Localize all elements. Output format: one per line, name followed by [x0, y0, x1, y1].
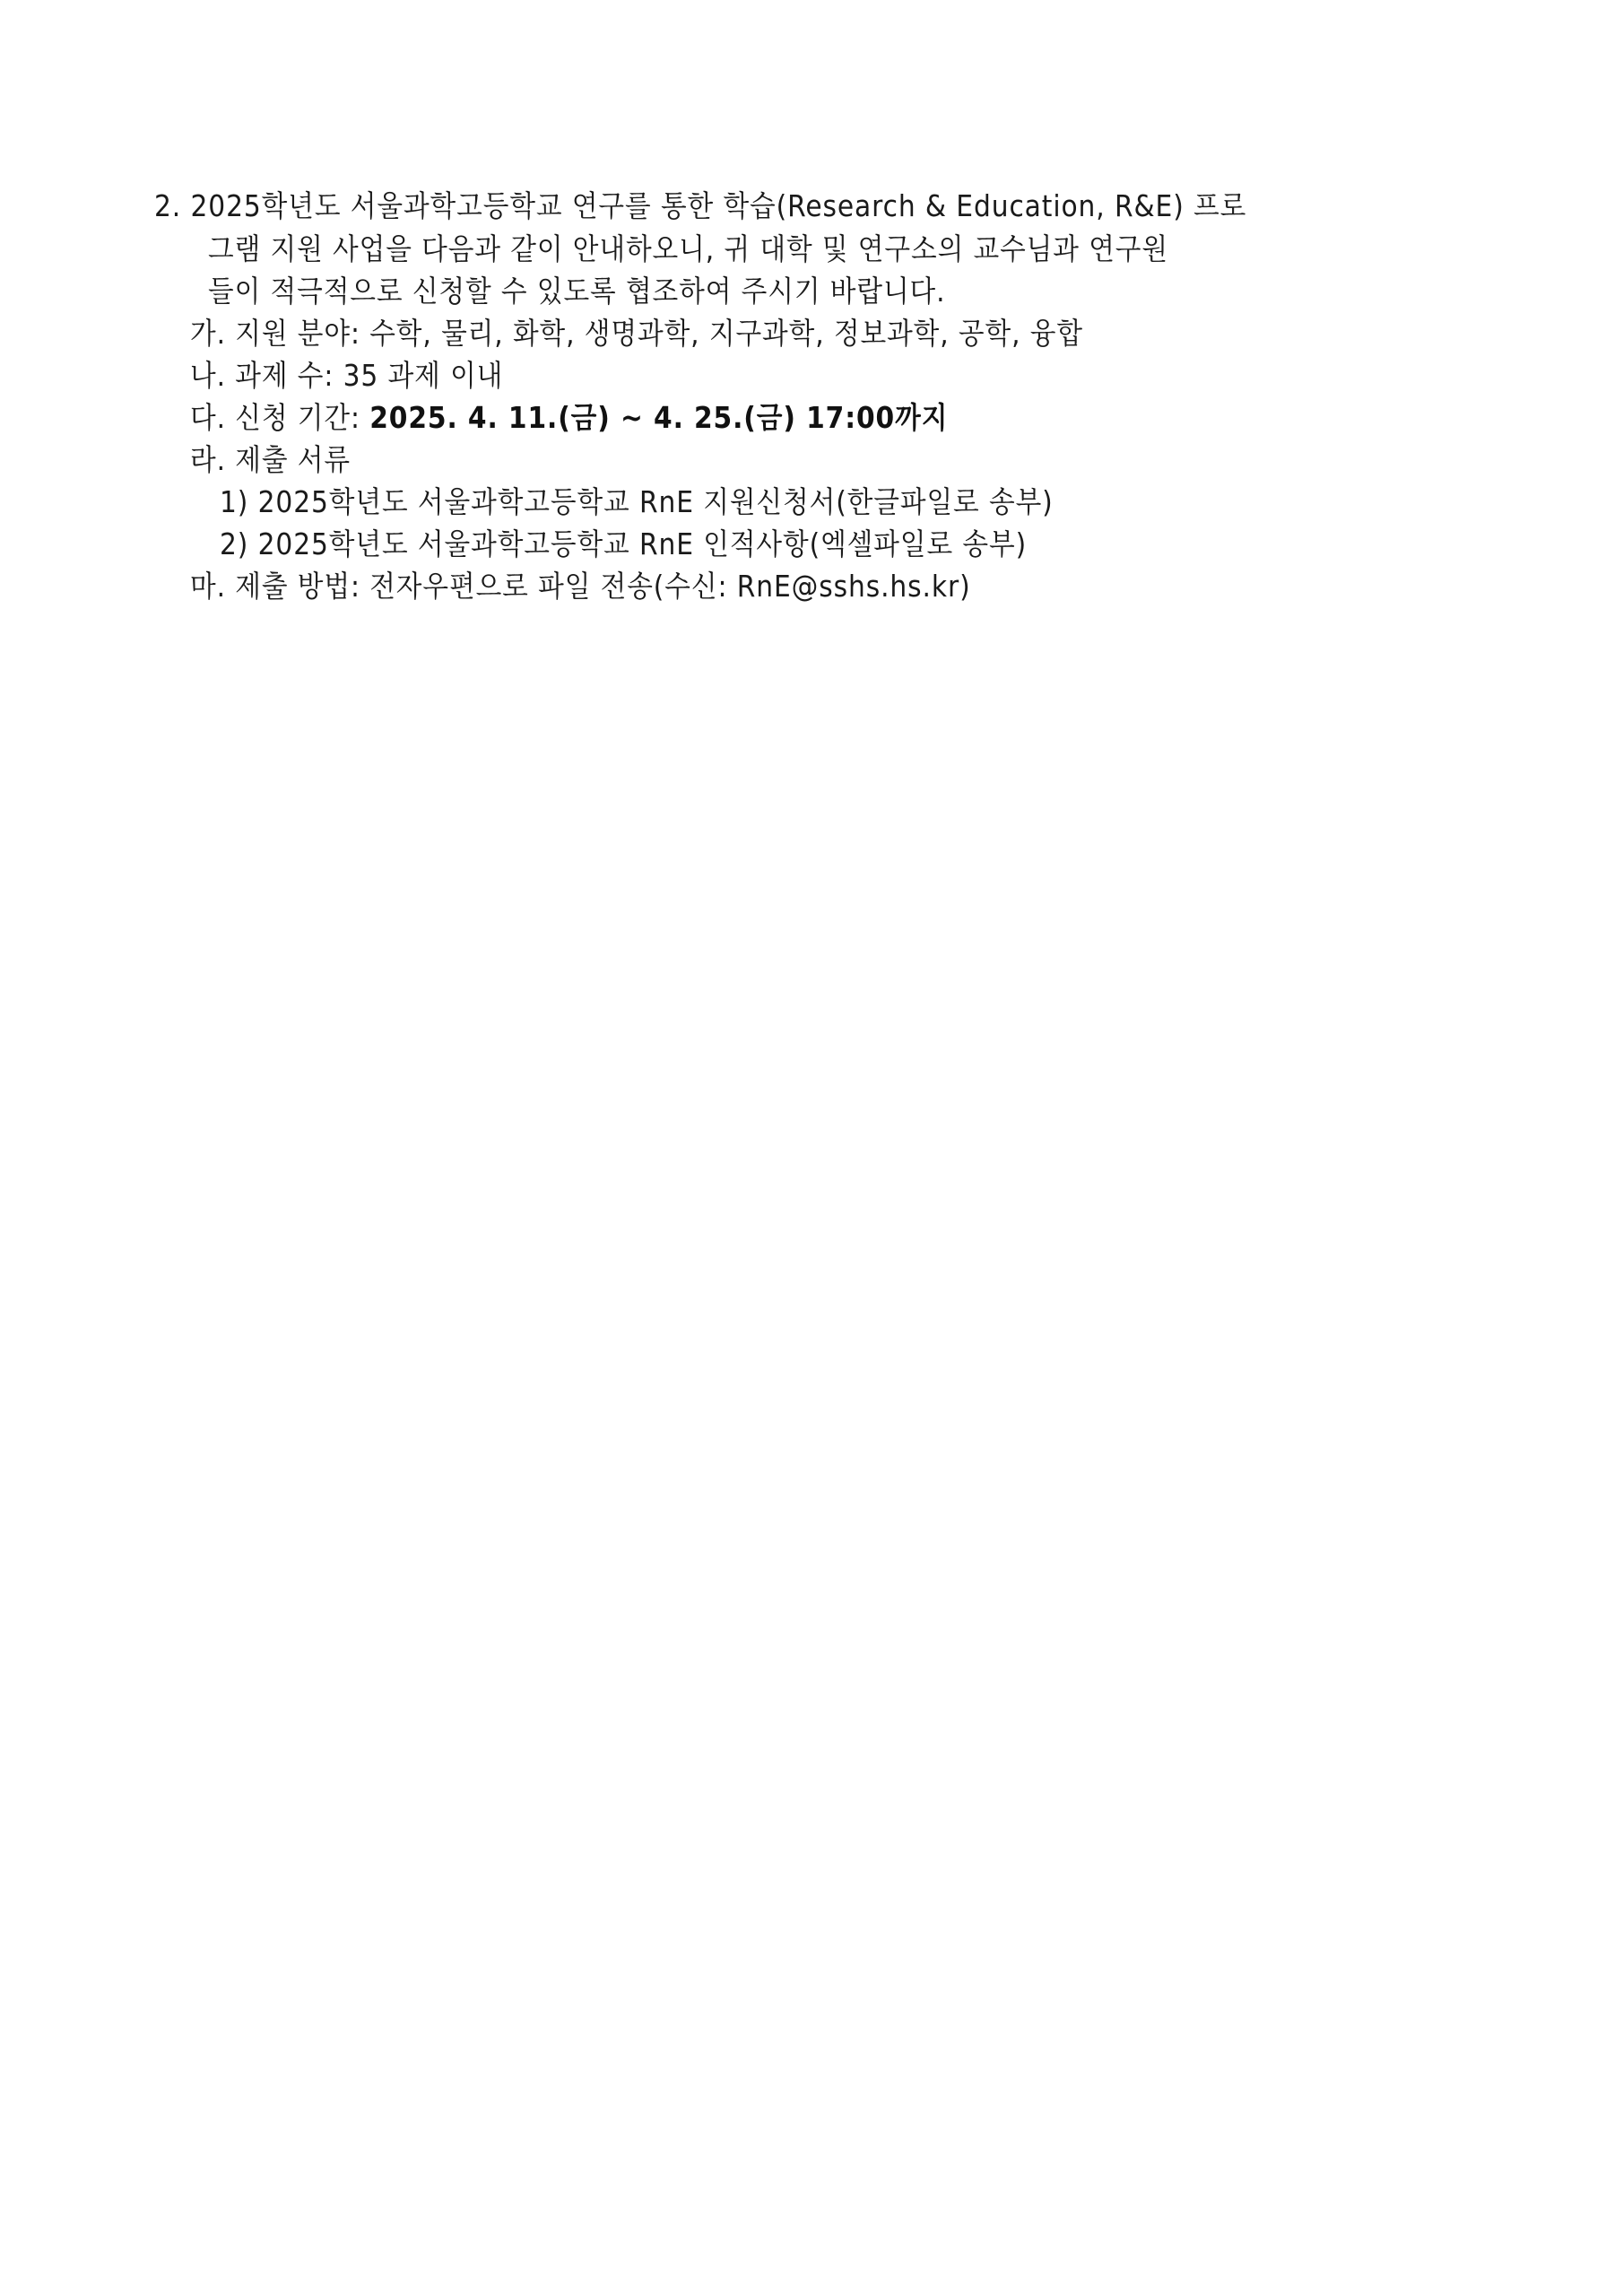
subitem-personal-info: 2) 2025학년도 서울과학고등학교 RnE 인적사항(엑셀파일로 송부) [220, 525, 1027, 564]
item-support-fields: 가. 지원 분야: 수학, 물리, 화학, 생명과학, 지구과학, 정보과학, … [190, 314, 1083, 353]
intro-line-2: 그램 지원 사업을 다음과 같이 안내하오니, 귀 대학 및 연구소의 교수님과… [208, 230, 1168, 269]
intro-line-1: 2. 2025학년도 서울과학고등학교 연구를 통한 학습(Research &… [154, 187, 1246, 226]
item-project-count: 나. 과제 수: 35 과제 이내 [190, 356, 503, 396]
application-period-label: 다. 신청 기간: [190, 400, 369, 435]
item-submission-documents: 라. 제출 서류 [190, 440, 351, 480]
item-application-period: 다. 신청 기간: 2025. 4. 11.(금) ~ 4. 25.(금) 17… [190, 398, 948, 438]
subitem-application-form: 1) 2025학년도 서울과학고등학교 RnE 지원신청서(한글파일로 송부) [220, 483, 1054, 522]
item-submission-method: 마. 제출 방법: 전자우편으로 파일 전송(수신: RnE@sshs.hs.k… [190, 567, 971, 606]
intro-line-3: 들이 적극적으로 신청할 수 있도록 협조하여 주시기 바랍니다. [208, 272, 945, 311]
document-page: 2. 2025학년도 서울과학고등학교 연구를 통한 학습(Research &… [0, 0, 1623, 2296]
application-period-dates: 2025. 4. 11.(금) ~ 4. 25.(금) 17:00까지 [369, 400, 948, 435]
